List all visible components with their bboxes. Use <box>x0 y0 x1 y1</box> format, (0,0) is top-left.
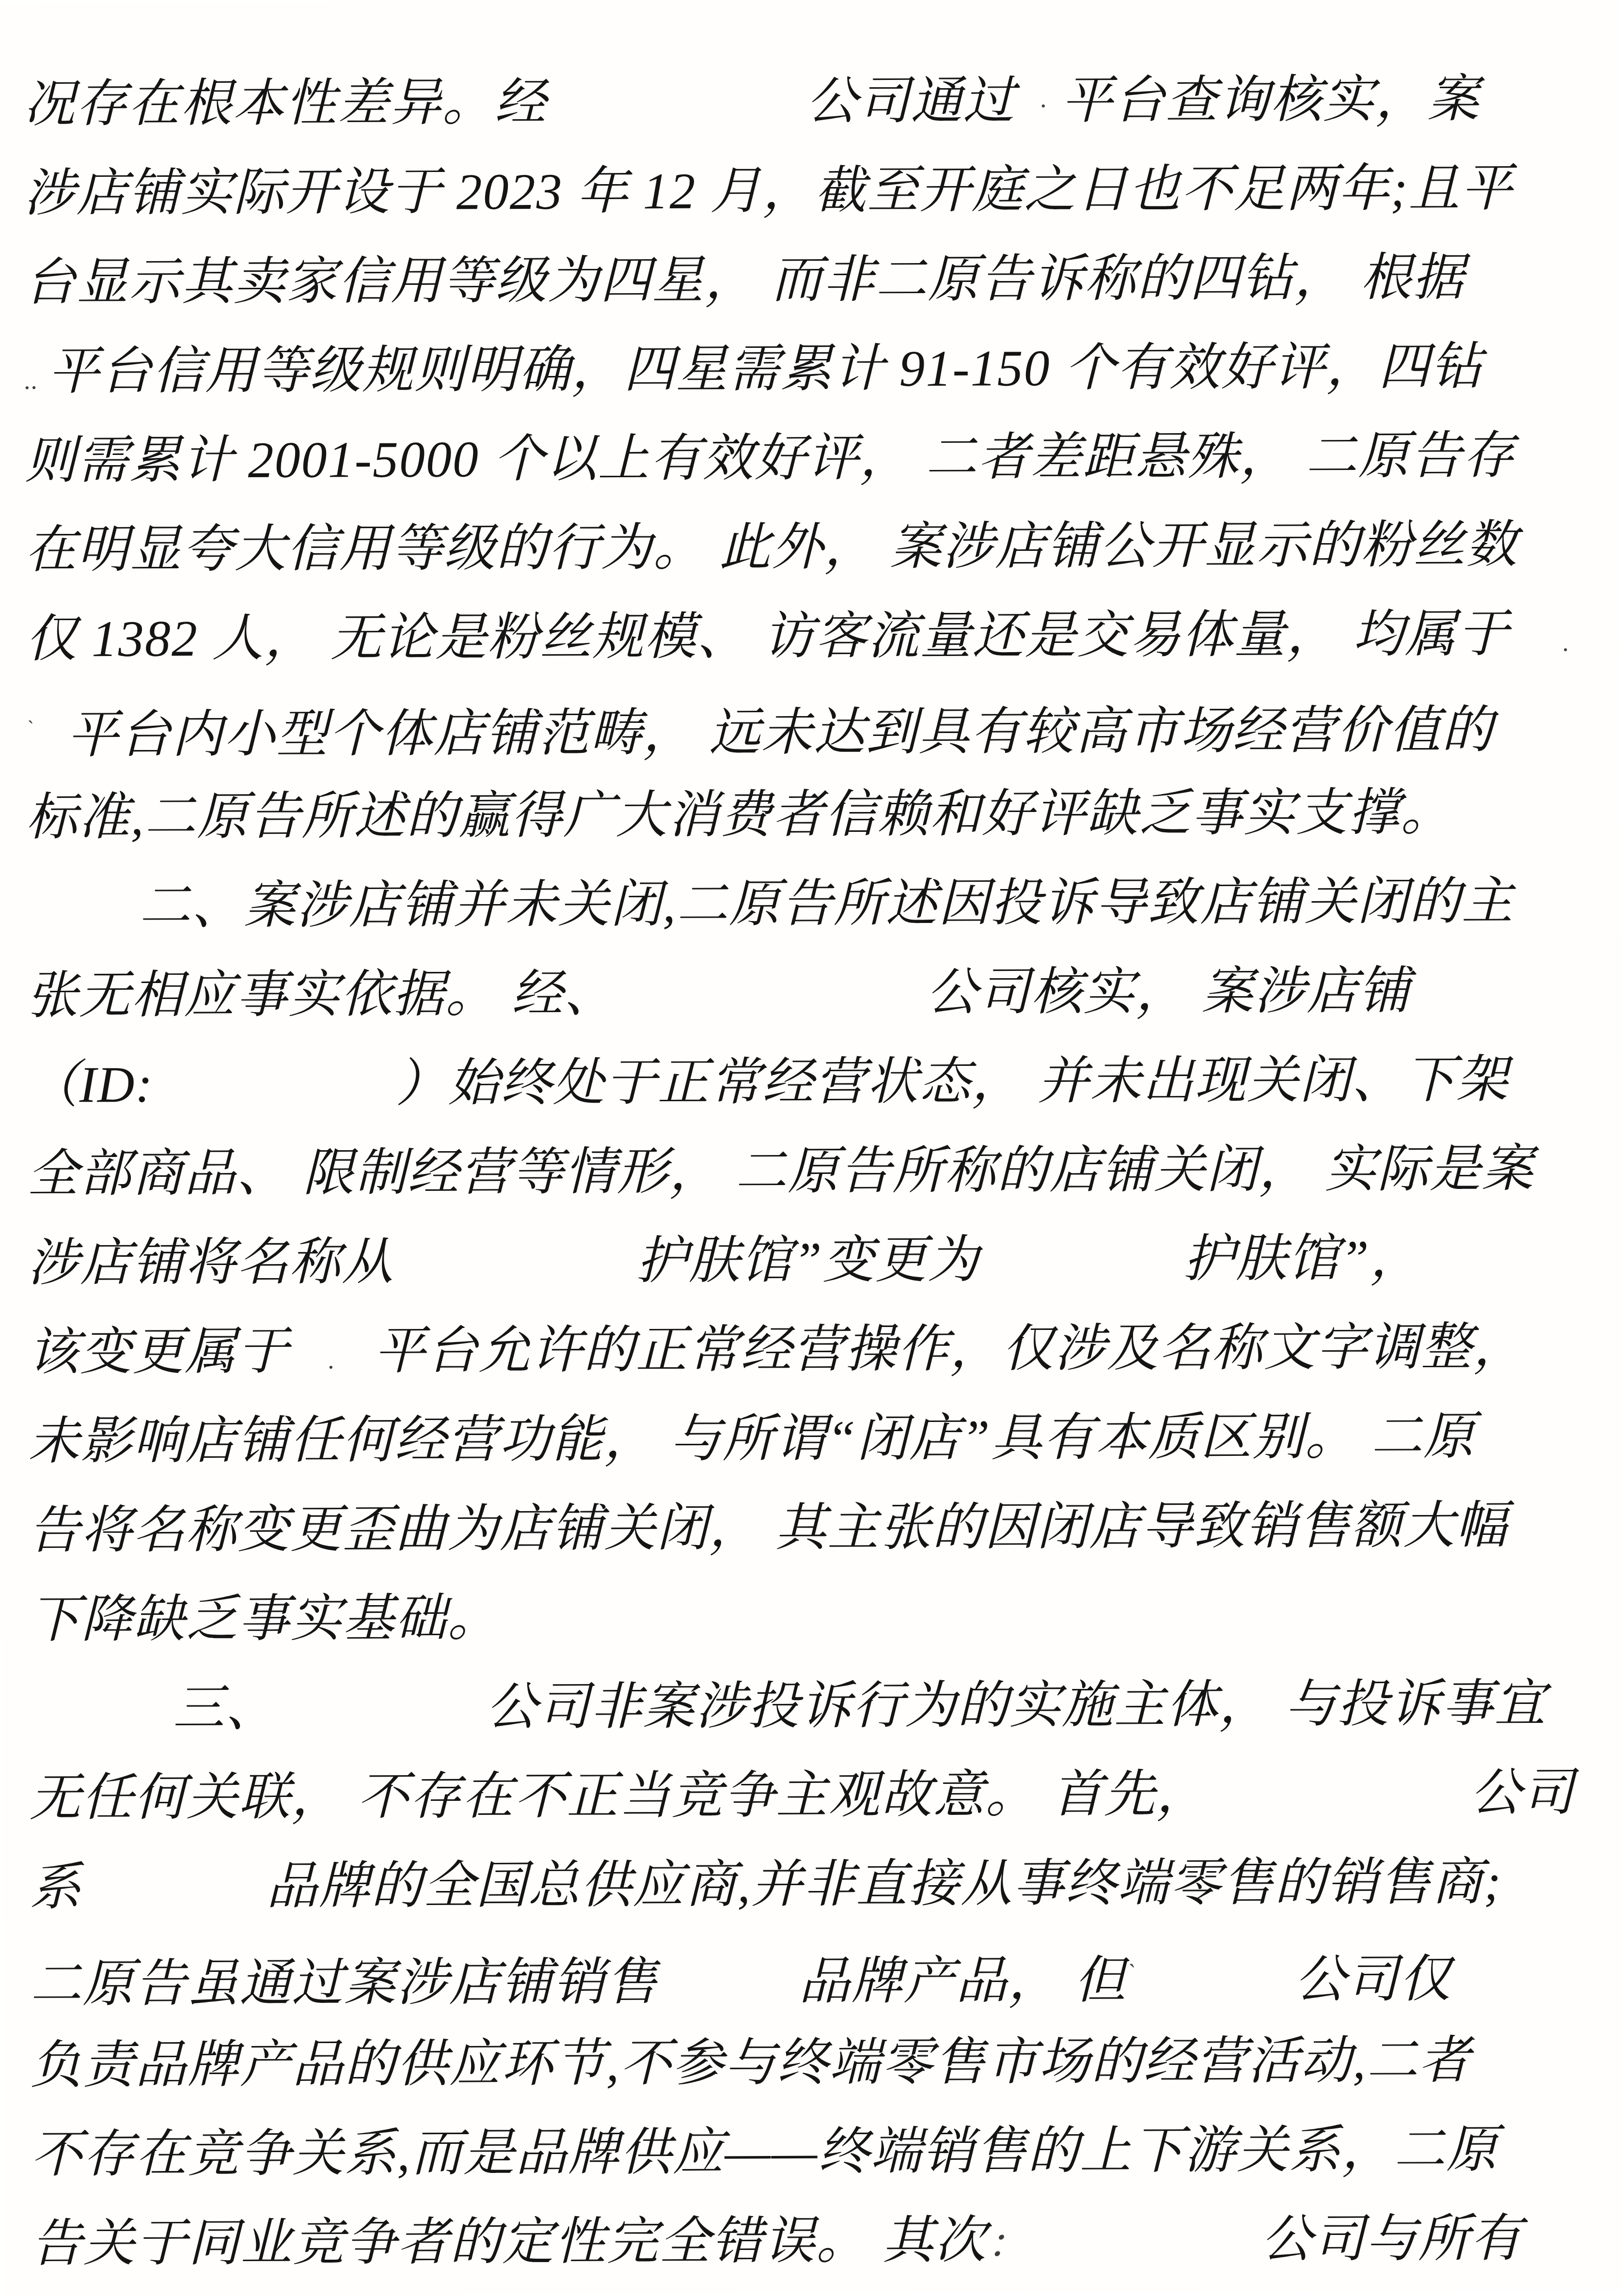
text-segment: 公司与所有 <box>1261 2210 1523 2268</box>
text-segment: 台显示其卖家信用等级为四星， 而非二原告诉称的四钻， 根据 <box>24 249 1465 311</box>
redaction-gap <box>1028 2252 1261 2258</box>
redaction-gap <box>616 1005 926 1011</box>
text-line-18: 下降缺乏事实基础。 <box>29 1570 1597 1664</box>
text-segment: ）始终处于正常经营状态， 并未出现关闭、下架 <box>395 1051 1509 1112</box>
text-line-22: 二原告虽通过案涉店铺销售品牌产品， 但`公司仅 <box>30 1926 1598 2021</box>
text-line-2: 涉店铺实际开设于 2023 年 12 月，截至开庭之日也不足两年;且平 <box>24 143 1592 238</box>
text-line-3: 台显示其卖家信用等级为四星， 而非二原告诉称的四钻， 根据 <box>24 233 1592 327</box>
redaction-gap <box>1209 1805 1470 1811</box>
text-line-17: 告将名称变更歪曲为店铺关闭， 其主张的因闭店导致销售额大幅 <box>28 1481 1596 1575</box>
redaction-gap <box>547 114 806 120</box>
text-segment: 二原告虽通过案涉店铺销售 <box>30 1953 658 2013</box>
text-line-7: 仅 1382 人， 无论是粉丝规模、 访客流量还是交易体量， 均属于. <box>25 589 1593 684</box>
text-line-25: 告关于同业竞争者的定性完全错误。 其次：公司与所有 <box>31 2194 1599 2288</box>
text-line-16: 未影响店铺任何经营功能， 与所谓“闭店”具有本质区别。 二原 <box>28 1391 1596 1486</box>
redaction-gap <box>38 384 48 389</box>
text-segment: 平台允许的正常经营操作，仅涉及名称文字调整， <box>374 1319 1526 1379</box>
text-segment: 在明显夸大信用等级的行为。 此外， 案涉店铺公开显示的粉丝数 <box>25 516 1518 578</box>
scan-artifact: ： <box>987 2199 1028 2288</box>
text-line-12: （ID:）始终处于正常经营状态， 并未出现关闭、下架 <box>27 1035 1595 1129</box>
text-line-5: 则需累计 2001-5000 个以上有效好评， 二者差距悬殊， 二原告存 <box>25 411 1593 505</box>
text-segment: 护肤馆”， <box>1183 1230 1422 1288</box>
scan-artifact: .. <box>24 336 38 425</box>
text-line-19: 三、公司非案涉投诉行为的实施主体， 与投诉事宜 <box>29 1659 1597 1753</box>
text-segment: 平台信用等级规则明确，四星需累计 91-150 个有效好评，四钻 <box>48 338 1483 400</box>
scan-artifact: . <box>1563 598 1570 687</box>
redaction-gap <box>33 748 67 752</box>
text-line-10: 二、案涉店铺并未关闭,二原告所述因投诉导致店铺关闭的主 <box>26 857 1594 951</box>
redaction-gap <box>658 1994 799 1999</box>
text-segment: 平台内小型个体店铺范畴， 远未达到具有较高市场经营价值的 <box>67 702 1494 763</box>
text-segment: 公司 <box>1470 1765 1575 1822</box>
text-line-13: 全部商品、 限制经营等情形， 二原告所称的店铺关闭， 实际是案 <box>27 1124 1595 1218</box>
scanned-document-page: 况存在根本性差异。经公司通过·平台查询核实，案涉店铺实际开设于 2023 年 1… <box>0 0 1622 2293</box>
redaction-gap <box>82 1899 266 1904</box>
redaction-gap <box>394 1273 636 1279</box>
redaction-gap <box>1016 113 1040 118</box>
text-segment: 平台查询核实，案 <box>1061 71 1480 129</box>
text-segment: 三、 <box>173 1680 278 1737</box>
text-segment: 涉店铺将名称从 <box>28 1234 394 1292</box>
text-line-21: 系品牌的全国总供应商,并非直接从事终端零售的销售商; <box>30 1837 1598 1932</box>
text-line-20: 无任何关联， 不存在不正当竞争主观故意。 首先，公司 <box>29 1748 1597 1843</box>
redaction-gap <box>290 1363 329 1368</box>
text-line-1: 况存在根本性差异。经公司通过·平台查询核实，案 <box>23 54 1591 149</box>
redaction-gap <box>980 1271 1183 1277</box>
text-segment: 负责品牌产品的供应环节,不参与终端零售市场的经营活动,二者 <box>30 2032 1471 2093</box>
text-segment: 品牌的全国总供应商,并非直接从事终端零售的销售商; <box>266 1854 1502 1915</box>
text-line-8: `平台内小型个体店铺范畴， 远未达到具有较高市场经营价值的 <box>26 678 1594 773</box>
text-segment: 张无相应事实依据。 经、 <box>27 965 616 1024</box>
text-segment: （ID: <box>27 1056 154 1113</box>
text-segment: 况存在根本性差异。经 <box>23 74 547 133</box>
text-line-4: ..平台信用等级规则明确，四星需累计 91-150 个有效好评，四钻 <box>24 322 1592 416</box>
text-line-6: 在明显夸大信用等级的行为。 此外， 案涉店铺公开显示的粉丝数 <box>25 500 1593 594</box>
text-segment: 公司非案涉投诉行为的实施主体， 与投诉事宜 <box>486 1675 1547 1736</box>
text-segment: 无任何关联， 不存在不正当竞争主观故意。 首先， <box>29 1765 1208 1826</box>
redaction-gap <box>1047 113 1061 118</box>
scan-artifact: . <box>328 1315 335 1405</box>
text-segment: 则需累计 2001-5000 个以上有效好评， 二者差距悬殊， 二原告存 <box>25 427 1515 489</box>
text-segment: 告关于同业竞争者的定性完全错误。 其次 <box>31 2212 987 2272</box>
text-segment: 下降缺乏事实基础。 <box>29 1590 500 1648</box>
text-segment: 系 <box>30 1859 82 1915</box>
text-line-23: 负责品牌产品的供应环节,不参与终端零售市场的经营活动,二者 <box>30 2015 1598 2110</box>
text-segment: 不存在竞争关系,而是品牌供应——终端销售的上下游关系，二原 <box>31 2121 1498 2183</box>
scan-artifact: ` <box>1126 1928 1135 2017</box>
text-segment: 公司通过 <box>806 73 1015 130</box>
document-text-block: 况存在根本性差异。经公司通过·平台查询核实，案涉店铺实际开设于 2023 年 1… <box>23 54 1599 2288</box>
scan-artifact: ` <box>26 684 33 773</box>
redaction-gap <box>278 1719 486 1725</box>
redaction-gap <box>1510 646 1563 651</box>
redaction-gap <box>335 1363 374 1368</box>
text-line-14: 涉店铺将名称从护肤馆”变更为护肤馆”， <box>28 1213 1596 1308</box>
text-segment: 告将名称变更歪曲为店铺关闭， 其主张的因闭店导致销售额大幅 <box>29 1497 1508 1559</box>
text-segment: 公司仅 <box>1294 1951 1451 2008</box>
text-segment: 公司核实， 案涉店铺 <box>926 963 1411 1021</box>
text-segment: 仅 1382 人， 无论是粉丝规模、 访客流量还是交易体量， 均属于 <box>25 606 1510 668</box>
redaction-gap <box>154 1096 396 1102</box>
text-segment: 涉店铺实际开设于 2023 年 12 月，截至开庭之日也不足两年;且平 <box>24 160 1513 222</box>
scan-artifact: · <box>1039 62 1047 151</box>
text-segment: 护肤馆”变更为 <box>636 1232 980 1289</box>
text-line-24: 不存在竞争关系,而是品牌供应——终端销售的上下游关系，二原 <box>31 2105 1599 2199</box>
text-segment: 该变更属于 <box>28 1323 289 1381</box>
text-line-15: 该变更属于.平台允许的正常经营操作，仅涉及名称文字调整， <box>28 1302 1596 1397</box>
text-segment: 全部商品、 限制经营等情形， 二原告所称的店铺关闭， 实际是案 <box>27 1140 1534 1203</box>
redaction-gap <box>1134 1992 1294 1998</box>
text-segment: 未影响店铺任何经营功能， 与所谓“闭店”具有本质区别。 二原 <box>28 1408 1476 1469</box>
text-segment: 品牌产品， 但 <box>799 1952 1127 2010</box>
text-line-9: 标准,二原告所述的赢得广大消费者信赖和好评缺乏事实支撑。 <box>26 767 1594 862</box>
text-line-11: 张无相应事实依据。 经、公司核实， 案涉店铺 <box>27 946 1595 1040</box>
text-segment: 标准,二原告所述的赢得广大消费者信赖和好评缺乏事实支撑。 <box>26 784 1453 845</box>
text-segment: 二、案涉店铺并未关闭,二原告所述因投诉导致店铺关闭的主 <box>139 873 1514 935</box>
